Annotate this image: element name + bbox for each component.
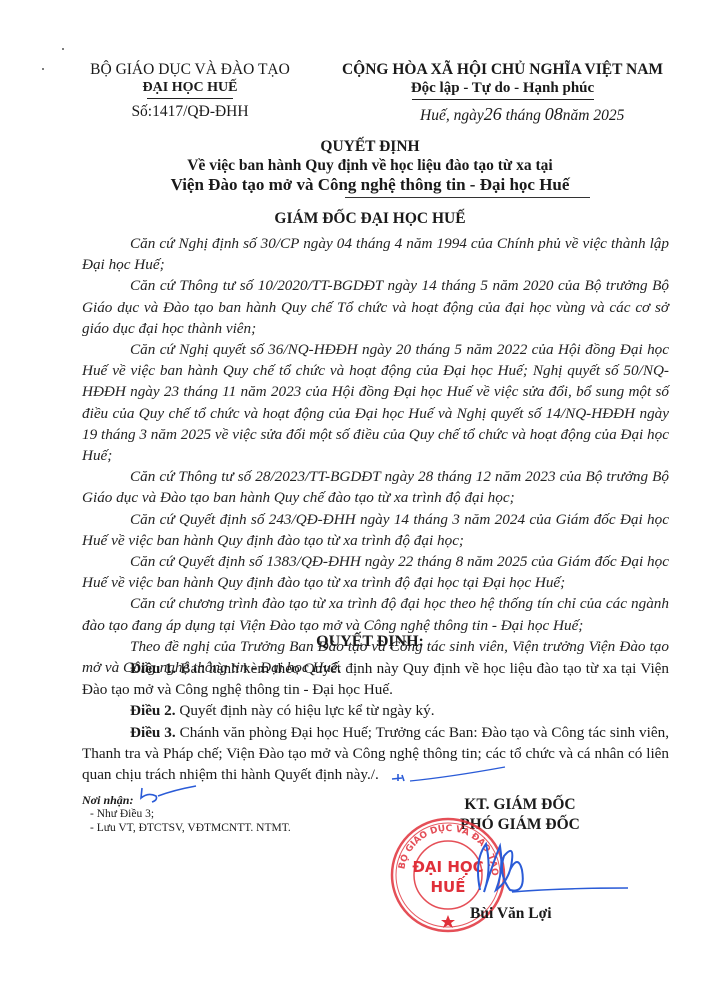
article-label: Điều 1. — [130, 660, 176, 677]
preamble-clause: Căn cứ chương trình đào tạo từ xa trình … — [82, 593, 669, 635]
date-year-label: năm — [563, 107, 590, 124]
scan-speck — [62, 48, 64, 50]
article: Điều 3. Chánh văn phòng Đại học Huế; Trư… — [82, 722, 669, 786]
national-motto: Độc lập - Tự do - Hạnh phúc — [325, 79, 680, 98]
preamble: Căn cứ Nghị định số 30/CP ngày 04 tháng … — [82, 233, 669, 678]
scan-speck — [42, 68, 44, 70]
ministry-name: BỘ GIÁO DỤC VÀ ĐÀO TẠO — [80, 60, 300, 79]
date-year: 2025 — [593, 107, 624, 124]
document-number: Số:1417/QĐ-ĐHH — [80, 102, 300, 122]
document-type: QUYẾT ĐỊNH — [100, 137, 640, 156]
signer-name: Bùi Văn Lợi — [470, 905, 552, 923]
university-underline — [147, 98, 233, 99]
handwritten-mark-icon — [138, 784, 198, 806]
preamble-clause: Căn cứ Quyết định số 243/QĐ-ĐHH ngày 14 … — [82, 509, 669, 551]
date-place: Huế, ngày — [420, 107, 484, 124]
preamble-clause: Căn cứ Nghị định số 30/CP ngày 04 tháng … — [82, 233, 669, 275]
issuer-header: BỘ GIÁO DỤC VÀ ĐÀO TẠO ĐẠI HỌC HUẾ Số:14… — [80, 60, 300, 122]
national-header: CỘNG HÒA XÃ HỘI CHỦ NGHĨA VIỆT NAM Độc l… — [325, 60, 680, 100]
doc-number-prefix: Số: — [131, 103, 152, 120]
date-day: 26 — [484, 104, 502, 124]
article-text: Quyết định này có hiệu lực kể từ ngày ký… — [176, 702, 435, 719]
decision-heading: QUYẾT ĐỊNH: — [100, 633, 640, 651]
document-title: QUYẾT ĐỊNH Về việc ban hành Quy định về … — [100, 137, 640, 198]
date-month-label: tháng — [506, 107, 541, 124]
preamble-clause: Căn cứ Thông tư số 10/2020/TT-BGDĐT ngày… — [82, 275, 669, 339]
motto-underline — [412, 99, 594, 100]
signature-title-1: KT. GIÁM ĐỐC — [420, 795, 620, 815]
issuing-authority: GIÁM ĐỐC ĐẠI HỌC HUẾ — [100, 210, 640, 228]
university-name: ĐẠI HỌC HUẾ — [80, 79, 300, 96]
subject-line-1: Về việc ban hành Quy định về học liệu đà… — [100, 156, 640, 175]
article: Điều 1. Ban hành kèm theo Quyết định này… — [82, 658, 669, 700]
articles: Điều 1. Ban hành kèm theo Quyết định này… — [82, 658, 669, 785]
preamble-clause: Căn cứ Nghị quyết số 36/NQ-HĐĐH ngày 20 … — [82, 339, 669, 466]
recipient-item: - Như Điều 3; — [82, 807, 291, 821]
date-month: 08 — [545, 104, 563, 124]
seal-center-line-2: HUẾ — [431, 875, 467, 896]
recipient-item: - Lưu VT, ĐTCTSV, VĐTMCNTT. NTMT. — [82, 821, 291, 835]
doc-number-value: 1417/QĐ-ĐHH — [152, 103, 248, 120]
preamble-clause: Căn cứ Thông tư số 28/2023/TT-BGDĐT ngày… — [82, 466, 669, 508]
initial-mark-icon — [390, 765, 510, 785]
document-page: BỘ GIÁO DỤC VÀ ĐÀO TẠO ĐẠI HỌC HUẾ Số:14… — [0, 0, 720, 996]
article-label: Điều 2. — [130, 702, 176, 719]
issue-date: Huế, ngày26 tháng 08năm 2025 — [420, 104, 624, 125]
article-label: Điều 3. — [130, 724, 176, 741]
title-underline — [345, 197, 590, 198]
signature-icon — [470, 830, 630, 910]
subject-line-2: Viện Đào tạo mở và Công nghệ thông tin -… — [100, 175, 640, 195]
nation-name: CỘNG HÒA XÃ HỘI CHỦ NGHĨA VIỆT NAM — [325, 60, 680, 79]
preamble-clause: Căn cứ Quyết định số 1383/QĐ-ĐHH ngày 22… — [82, 551, 669, 593]
article: Điều 2. Quyết định này có hiệu lực kể từ… — [82, 700, 669, 721]
